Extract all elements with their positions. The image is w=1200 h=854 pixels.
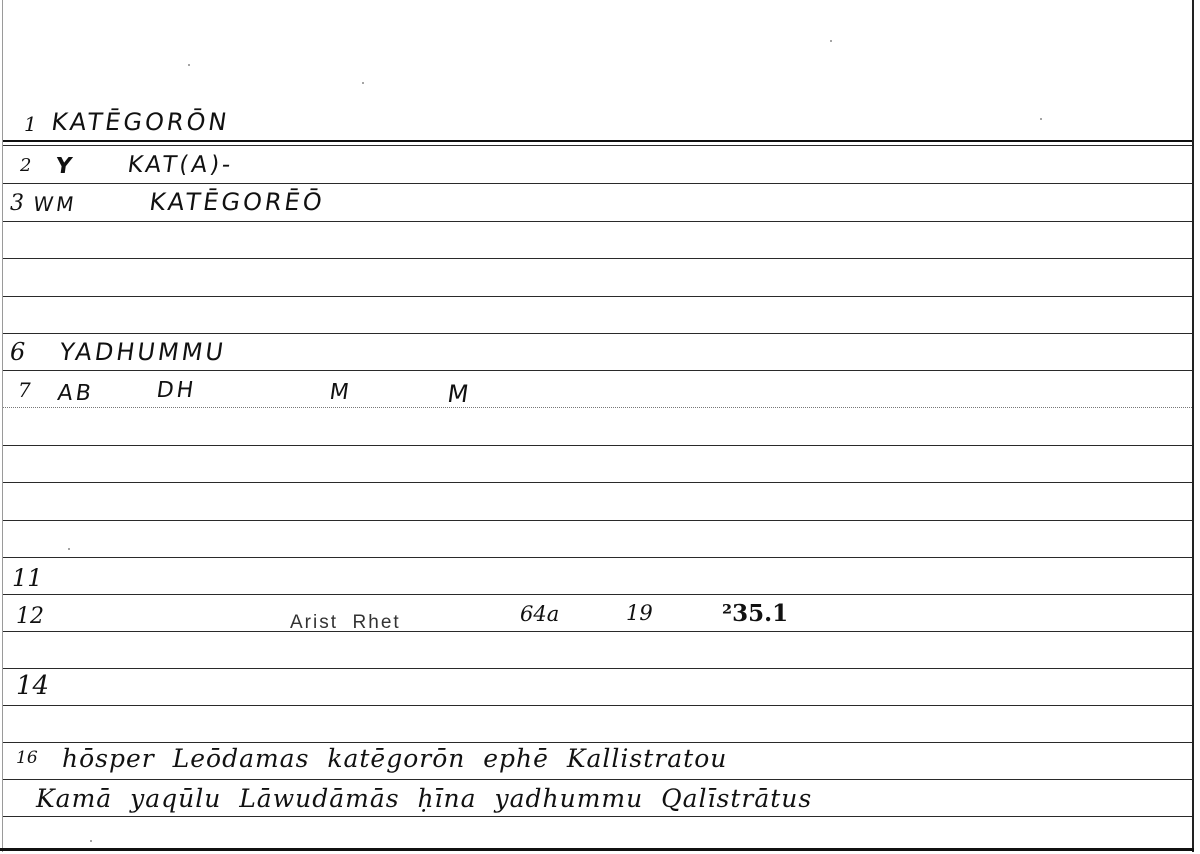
ruled-line — [3, 296, 1192, 297]
ruled-line — [3, 742, 1192, 743]
scan-speck — [68, 548, 70, 550]
field-ab: AB — [56, 383, 95, 405]
row-number: 7 — [18, 380, 31, 400]
arabic-equivalent: YADHUMMU — [58, 340, 228, 364]
ruled-line — [3, 370, 1192, 371]
ruled-line — [3, 221, 1192, 222]
reference-page: 64a — [520, 604, 559, 625]
field-m-2: M — [446, 382, 473, 406]
row-number: 12 — [16, 606, 44, 628]
row-number: 6 — [10, 340, 25, 364]
ruled-line — [3, 333, 1192, 334]
row-number: 3 — [10, 193, 24, 215]
ruled-line — [3, 258, 1192, 259]
ruled-line — [3, 594, 1192, 595]
scan-speck — [1040, 118, 1042, 120]
ruled-line — [3, 779, 1192, 780]
arabic-transliteration: Kamā yaqūlu Lāwudāmās ḥīna yadhummu Qalī… — [36, 786, 812, 811]
headword-greek: KATĒGORŌN — [50, 110, 231, 134]
scan-speck — [362, 82, 364, 84]
card-right-edge — [1192, 0, 1194, 852]
index-card: 1 KATĒGORŌN 2 Y KAT(A)- 3 WM KATĒGORĒŌ 6… — [0, 0, 1200, 854]
word-class: WM — [32, 194, 78, 214]
field-dh: DH — [155, 380, 198, 402]
scan-speck — [188, 64, 190, 66]
row-number: 16 — [16, 750, 38, 767]
ruled-line — [3, 145, 1192, 146]
scan-speck — [830, 40, 832, 42]
ruled-line — [3, 520, 1192, 521]
row-number: 14 — [16, 673, 49, 699]
card-left-edge — [2, 0, 3, 852]
row-number: 11 — [12, 566, 43, 590]
root-marker: Y — [54, 156, 76, 178]
ruled-line — [3, 482, 1192, 483]
field-m-1: M — [328, 382, 353, 404]
reference-line: 19 — [626, 603, 653, 624]
row-number: 2 — [20, 157, 31, 175]
greek-transliteration: hōsper Leōdamas katēgorōn ephē Kallistra… — [62, 746, 727, 771]
ruled-line — [3, 445, 1192, 446]
card-bottom-edge — [0, 848, 1194, 851]
card-id: ²35.1 — [722, 602, 788, 625]
row-number: 1 — [24, 114, 37, 134]
ruled-line — [3, 705, 1192, 706]
ruled-line — [3, 816, 1192, 817]
ruled-line — [3, 140, 1192, 142]
root-stem: KAT(A)- — [126, 154, 235, 177]
ruled-line-dotted — [3, 407, 1192, 408]
ruled-line — [3, 631, 1192, 632]
lemma-greek: KATĒGORĒŌ — [148, 190, 326, 214]
ruled-line — [3, 183, 1192, 184]
ruled-line — [3, 557, 1192, 558]
scan-speck — [90, 840, 92, 842]
ruled-line — [3, 668, 1192, 669]
source-work: Arist Rhet — [290, 612, 401, 634]
